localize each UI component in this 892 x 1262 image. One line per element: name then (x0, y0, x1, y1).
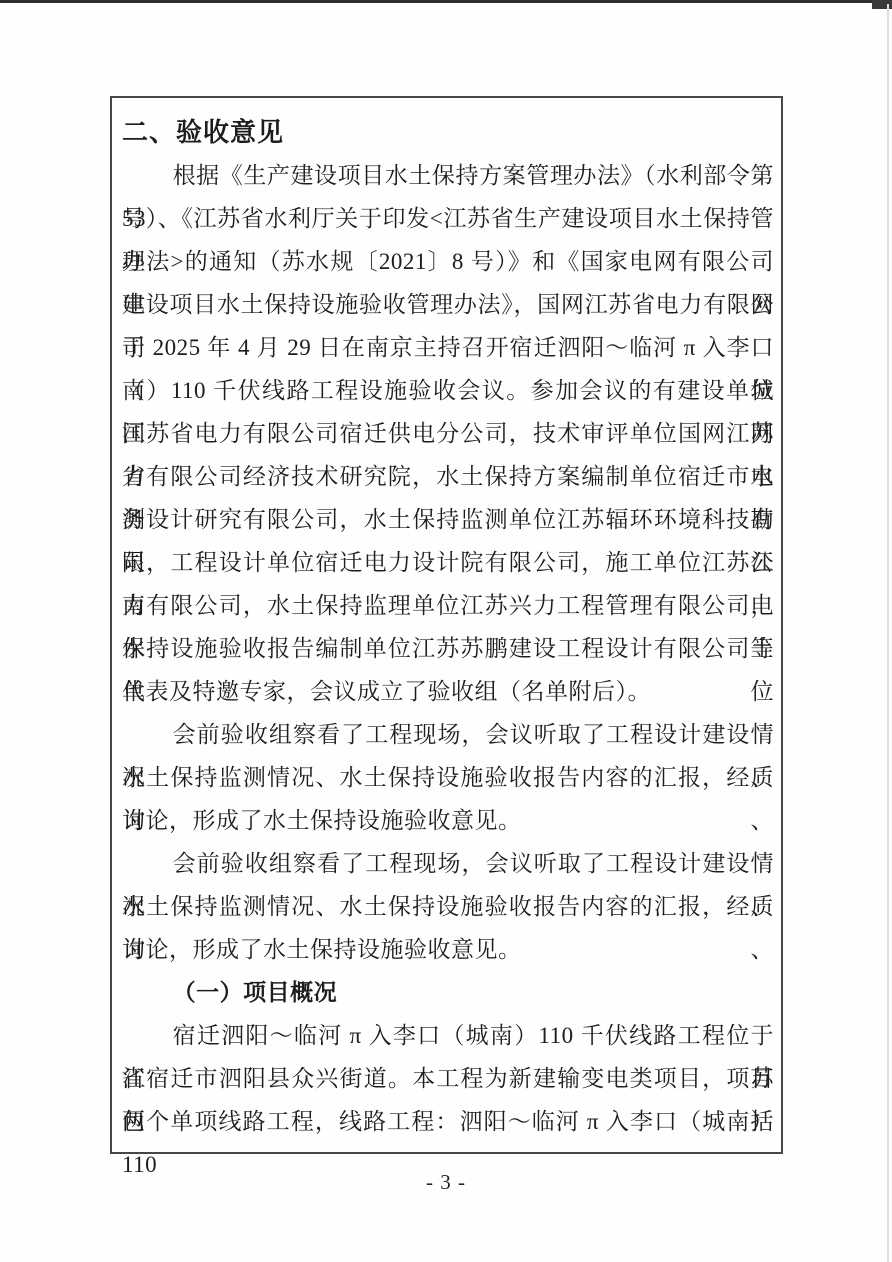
text-line: 宿迁泗阳～临河 π 入李口（城南）110 千伏线路工程位于江苏 (122, 1014, 774, 1057)
section-heading: 二、验收意见 (122, 111, 774, 154)
scan-edge-right (887, 4, 889, 1262)
scanned-document-page: 二、验收意见 根据《生产建设项目水土保持方案管理办法》（水利部令第 53号）、《… (0, 0, 892, 1262)
text-line: 两个单项线路工程，线路工程：泗阳～临河 π 入李口（城南）110 (122, 1100, 774, 1143)
text-line: 司，工程设计单位宿迁电力设计院有限公司，施工单位江苏江南电 (122, 541, 774, 584)
text-line: 测设计研究有限公司，水土保持监测单位江苏辐环环境科技有限公 (122, 498, 774, 541)
text-line: 会前验收组察看了工程现场，会议听取了工程设计建设情况、 (122, 842, 774, 885)
content-border-box: 二、验收意见 根据《生产建设项目水土保持方案管理办法》（水利部令第 53号）、《… (110, 96, 783, 1154)
text-line: 水土保持监测情况、水土保持设施验收报告内容的汇报，经质询、 (122, 756, 774, 799)
text-line: 建设项目水土保持设施验收管理办法》，国网江苏省电力有限公司 (122, 283, 774, 326)
text-line: 省宿迁市泗阳县众兴街道。本工程为新建输变电类项目，项目包括 (122, 1057, 774, 1100)
text-line: 南）110 千伏线路工程设施验收会议。参加会议的有建设单位国网 (122, 369, 774, 412)
text-line: 号）、《江苏省水利厅关于印发<江苏省生产建设项目水土保持管理 (122, 197, 774, 240)
subsection-heading: （一）项目概况 (122, 971, 774, 1014)
text-line: 力有限公司经济技术研究院，水土保持方案编制单位宿迁市水务勘 (122, 455, 774, 498)
text-line: 保持设施验收报告编制单位江苏苏鹏建设工程设计有限公司等单位 (122, 627, 774, 670)
scan-edge-top (0, 0, 892, 3)
scan-edge-corner (872, 0, 892, 9)
text-line: 于 2025 年 4 月 29 日在南京主持召开宿迁泗阳～临河 π 入李口（城 (122, 326, 774, 369)
text-line: 会前验收组察看了工程现场，会议听取了工程设计建设情况、 (122, 713, 774, 756)
page-number: - 3 - (0, 1170, 892, 1195)
text-line: 江苏省电力有限公司宿迁供电分公司，技术审评单位国网江苏省电 (122, 412, 774, 455)
text-line: 办法>的通知（苏水规〔2021〕8 号）》和《国家电网有限公司电网 (122, 240, 774, 283)
body-lines: 根据《生产建设项目水土保持方案管理办法》（水利部令第 53号）、《江苏省水利厅关… (122, 154, 774, 1143)
text-line: 根据《生产建设项目水土保持方案管理办法》（水利部令第 53 (122, 154, 774, 197)
text-line: 水土保持监测情况、水土保持设施验收报告内容的汇报，经质询、 (122, 885, 774, 928)
text-line: 力有限公司，水土保持监理单位江苏兴力工程管理有限公司，水土 (122, 584, 774, 627)
